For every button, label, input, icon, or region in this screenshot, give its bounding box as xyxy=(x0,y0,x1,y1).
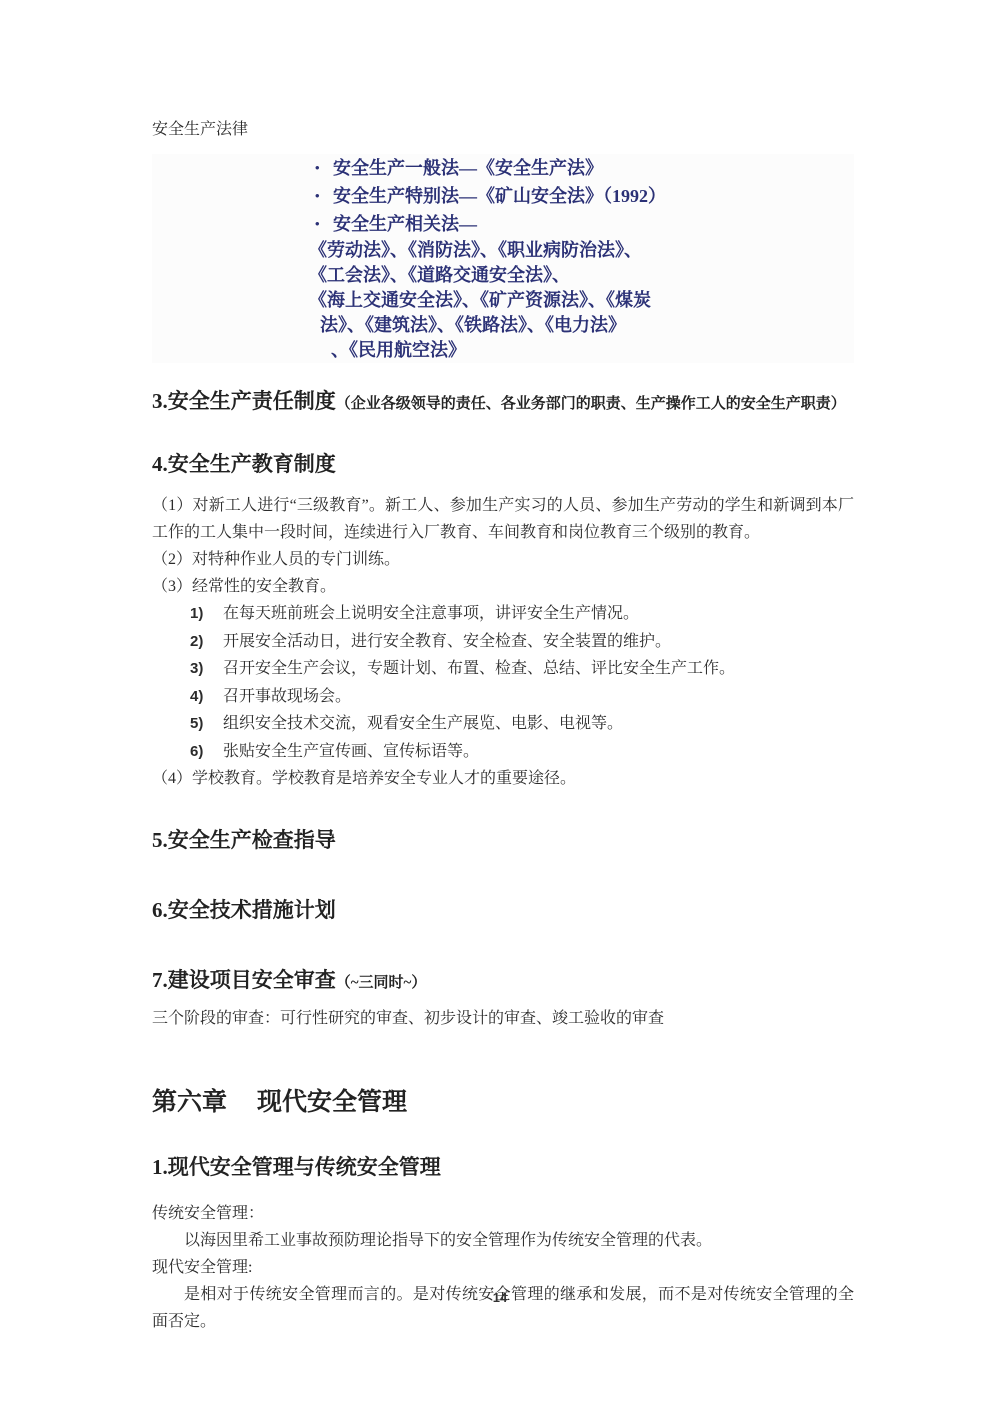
chapter-number: 第六章 xyxy=(152,1089,227,1116)
section-heading-m1: 1.现代安全管理与传统安全管理 xyxy=(152,1152,854,1182)
bullet-icon: • xyxy=(315,154,333,182)
section-heading-4: 4.安全生产教育制度 xyxy=(152,442,854,486)
doc-label: 安全生产法律 xyxy=(152,118,854,142)
section-title: 1.现代安全管理与传统安全管理 xyxy=(152,1155,441,1179)
traditional-management-text: 以海因里希工业事故预防理论指导下的安全管理作为传统安全管理的代表。 xyxy=(152,1227,854,1254)
section-title: 4.安全生产教育制度 xyxy=(152,452,336,476)
list-item: 4)召开事故现场会。 xyxy=(152,683,854,711)
slide-law-line: 、《民用航空法》 xyxy=(152,338,854,363)
paragraph-three-stage-review: 三个阶段的审查：可行性研究的审查、初步设计的审查、竣工验收的审查 xyxy=(152,1005,854,1032)
list-item: 1)在每天班前班会上说明安全注意事项，讲评安全生产情况。 xyxy=(152,600,854,628)
paragraph-special-training: （2）对特种作业人员的专门训练。 xyxy=(152,546,854,573)
modern-management-label: 现代安全管理: xyxy=(152,1254,854,1281)
list-item-number: 2) xyxy=(190,628,223,656)
list-item: 6)张贴安全生产宣传画、宣传标语等。 xyxy=(152,738,854,766)
list-item-text: 在每天班前班会上说明安全注意事项，讲评安全生产情况。 xyxy=(223,605,639,622)
list-item-text: 开展安全活动日，进行安全教育、安全检查、安全装置的维护。 xyxy=(223,633,671,650)
paragraph-three-level-education: （1）对新工人进行“三级教育”。新工人、参加生产实习的人员、参加生产劳动的学生和… xyxy=(152,492,854,546)
section-note: （~三同时~） xyxy=(336,975,427,991)
slide-law-line: 《海上交通安全法》、《矿产资源法》、《煤炭 xyxy=(152,288,854,313)
section-heading-3: 3.安全生产责任制度（企业各级领导的责任、各业务部门的职责、生产操作工人的安全生… xyxy=(152,379,854,426)
list-item-text: 召开事故现场会。 xyxy=(223,688,351,705)
slide-law-line: 《工会法》、《道路交通安全法》、 xyxy=(152,263,854,288)
list-item-number: 1) xyxy=(190,600,223,628)
slide-bullet-text: 安全生产相关法— xyxy=(333,214,477,234)
chapter-heading: 第六章现代安全管理 xyxy=(152,1086,854,1120)
list-item: 2)开展安全活动日，进行安全教育、安全检查、安全装置的维护。 xyxy=(152,628,854,656)
list-item-number: 3) xyxy=(190,655,223,683)
section-heading-6: 6.安全技术措施计划 xyxy=(152,888,854,932)
section-title: 3.安全生产责任制度 xyxy=(152,389,336,413)
list-item-text: 召开安全生产会议，专题计划、布置、检查、总结、评比安全生产工作。 xyxy=(223,660,735,677)
slide-bullet-item: •安全生产相关法— xyxy=(152,210,854,238)
paragraph-regular-education: （3）经常性的安全教育。 xyxy=(152,573,854,600)
slide-bullet-text: 安全生产特别法—《矿山安全法》（1992） xyxy=(333,186,666,206)
slide-bullet-text: 安全生产一般法—《安全生产法》 xyxy=(333,158,603,178)
section-title: 6.安全技术措施计划 xyxy=(152,898,336,922)
slide-bullet-item: •安全生产特别法—《矿山安全法》（1992） xyxy=(152,182,854,210)
page-content: 安全生产法律 •安全生产一般法—《安全生产法》 •安全生产特别法—《矿山安全法》… xyxy=(152,118,854,1335)
section-note: （企业各级领导的责任、各业务部门的职责、生产操作工人的安全生产职责） xyxy=(336,396,846,412)
document-page: 安全生产法律 •安全生产一般法—《安全生产法》 •安全生产特别法—《矿山安全法》… xyxy=(0,0,1000,1414)
bullet-icon: • xyxy=(315,182,333,210)
chapter-title: 现代安全管理 xyxy=(257,1089,407,1116)
page-number: 14 xyxy=(0,1290,1000,1305)
list-item-text: 组织安全技术交流，观看安全生产展览、电影、电视等。 xyxy=(223,715,623,732)
list-item: 5)组织安全技术交流，观看安全生产展览、电影、电视等。 xyxy=(152,710,854,738)
traditional-management-label: 传统安全管理： xyxy=(152,1200,854,1227)
slide-law-line: 《劳动法》、《消防法》、《职业病防治法》、 xyxy=(152,238,854,263)
slide-bullet-item: •安全生产一般法—《安全生产法》 xyxy=(152,154,854,182)
section-heading-7: 7.建设项目安全审查（~三同时~） xyxy=(152,958,854,1005)
list-item-number: 6) xyxy=(190,738,223,766)
section-title: 7.建设项目安全审查 xyxy=(152,968,336,992)
list-item-number: 4) xyxy=(190,683,223,711)
list-item: 3)召开安全生产会议，专题计划、布置、检查、总结、评比安全生产工作。 xyxy=(152,655,854,683)
slide-excerpt-block: •安全生产一般法—《安全生产法》 •安全生产特别法—《矿山安全法》（1992） … xyxy=(152,154,854,363)
list-item-number: 5) xyxy=(190,710,223,738)
bullet-icon: • xyxy=(315,210,333,238)
education-method-list: 1)在每天班前班会上说明安全注意事项，讲评安全生产情况。 2)开展安全活动日，进… xyxy=(152,600,854,765)
section-title: 5.安全生产检查指导 xyxy=(152,828,336,852)
list-item-text: 张贴安全生产宣传画、宣传标语等。 xyxy=(223,743,479,760)
paragraph-school-education: （4）学校教育。学校教育是培养安全专业人才的重要途径。 xyxy=(152,765,854,792)
slide-law-line: 法》、《建筑法》、《铁路法》、《电力法》 xyxy=(152,313,854,338)
section-heading-5: 5.安全生产检查指导 xyxy=(152,818,854,862)
